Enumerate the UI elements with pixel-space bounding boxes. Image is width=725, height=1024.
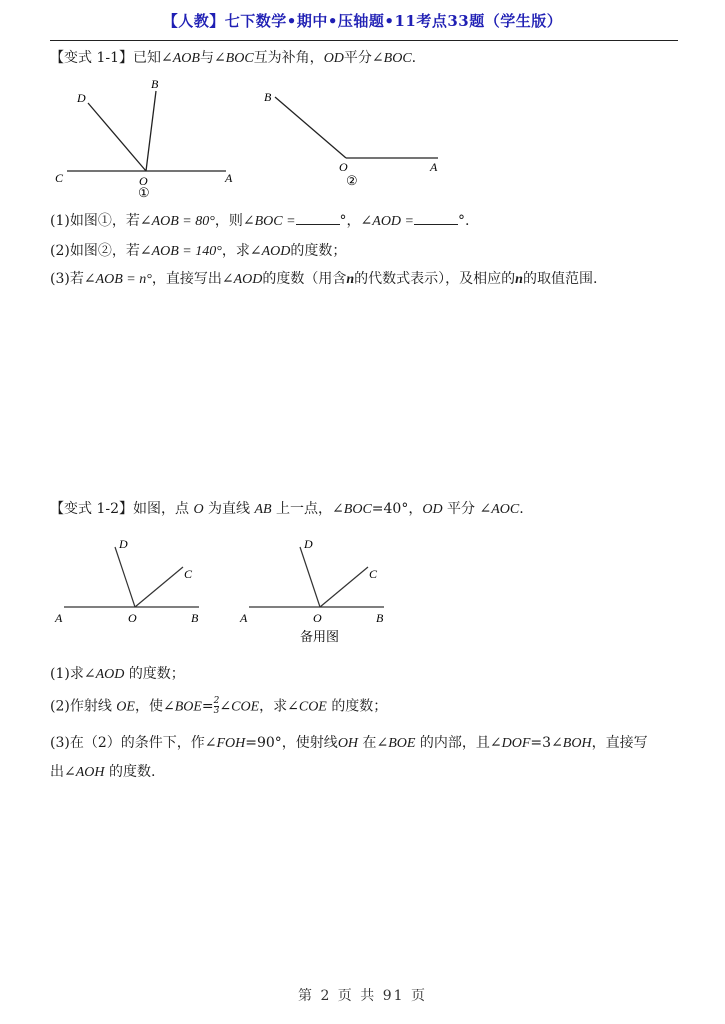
text: ，则 bbox=[215, 213, 243, 229]
text: °， bbox=[340, 213, 361, 229]
text: 与 bbox=[200, 50, 214, 66]
text: (3)在（2）的条件下，作 bbox=[50, 735, 205, 751]
label-B: B bbox=[376, 611, 384, 625]
math: ∠BOC bbox=[332, 502, 372, 517]
math: ∠AOB = 80° bbox=[140, 214, 215, 229]
math: ∠AOC bbox=[479, 502, 519, 517]
text: = bbox=[202, 699, 214, 715]
text: 为直线 bbox=[208, 501, 250, 517]
problem1-q2: (2)如图②，若∠AOB = 140°，求∠AOD的度数； bbox=[50, 242, 346, 261]
text: 平分 bbox=[344, 50, 372, 66]
label-A: A bbox=[54, 611, 63, 625]
math: OD bbox=[324, 51, 344, 66]
label-C: C bbox=[184, 567, 193, 581]
text: 出 bbox=[50, 764, 64, 780]
math: OD bbox=[422, 502, 442, 517]
figure-caption-2: ② bbox=[346, 173, 358, 188]
label-B: B bbox=[264, 90, 272, 104]
text: (3)若 bbox=[50, 271, 84, 287]
text: . bbox=[412, 50, 416, 66]
math: ∠BOE bbox=[163, 700, 202, 715]
label-A: A bbox=[429, 160, 438, 174]
math: ∠BOE bbox=[377, 736, 416, 751]
math: ∠AOD bbox=[250, 244, 291, 259]
math: OH bbox=[338, 736, 358, 751]
label-D: D bbox=[303, 537, 313, 551]
problem1-tag: 【变式 1-1】 bbox=[50, 50, 133, 66]
text: 的取值范围. bbox=[523, 271, 597, 287]
text: °. bbox=[458, 213, 469, 229]
text: ，直接写 bbox=[592, 735, 648, 751]
math: ∠BOC bbox=[214, 51, 254, 66]
problem2-q1: (1)求∠AOD 的度数； bbox=[50, 665, 185, 684]
text: =3 bbox=[530, 735, 551, 751]
math: n bbox=[346, 272, 354, 287]
math: ∠AOD = bbox=[361, 214, 414, 229]
text: 在 bbox=[363, 735, 377, 751]
math: n bbox=[515, 272, 523, 287]
text: =40°， bbox=[372, 501, 423, 517]
label-C: C bbox=[369, 567, 378, 581]
problem1-figure2: B O A ② bbox=[250, 80, 460, 190]
math: O bbox=[193, 502, 203, 517]
text: 的度数. bbox=[109, 764, 155, 780]
answer-blank-boc[interactable] bbox=[296, 212, 340, 225]
math: ∠AOH bbox=[64, 765, 105, 780]
math: ∠BOC bbox=[372, 51, 412, 66]
math: ∠FOH bbox=[205, 736, 246, 751]
label-O: O bbox=[128, 611, 137, 625]
problem2-q2: (2)作射线 OE，使∠BOE=23∠COE，求∠COE 的度数； bbox=[50, 697, 387, 717]
problem1-figure1: D B C O A ① bbox=[40, 72, 260, 202]
math: ∠BOC = bbox=[243, 214, 296, 229]
problem1-stem: 【变式 1-1】已知∠AOB与∠BOC互为补角，OD平分∠BOC. bbox=[50, 49, 416, 68]
text: 上一点， bbox=[276, 501, 332, 517]
text: =90°，使射线 bbox=[245, 735, 338, 751]
text: 互为补角， bbox=[254, 50, 324, 66]
label-C: C bbox=[55, 171, 64, 185]
text: 已知 bbox=[133, 50, 161, 66]
label-B: B bbox=[191, 611, 199, 625]
math: ∠AOB = 140° bbox=[140, 244, 222, 259]
math: ∠COE bbox=[219, 700, 259, 715]
text: 的度数； bbox=[331, 699, 387, 715]
math: OE bbox=[116, 700, 135, 715]
figure-caption-spare: 备用图 bbox=[300, 630, 339, 645]
text: 的内部，且 bbox=[420, 735, 490, 751]
page-number-footer: 第 2 页 共 91 页 bbox=[0, 985, 725, 1005]
problem2-figure2: D C A O B 备用图 bbox=[230, 530, 400, 650]
problem2-tag: 【变式 1-2】 bbox=[50, 501, 133, 517]
text: ，直接写出 bbox=[152, 271, 222, 287]
math: ∠AOD bbox=[222, 272, 263, 287]
label-B: B bbox=[151, 77, 159, 91]
text: 平分 bbox=[447, 501, 475, 517]
label-A: A bbox=[224, 171, 233, 185]
label-A: A bbox=[239, 611, 248, 625]
math: ∠BOH bbox=[551, 736, 592, 751]
text: . bbox=[519, 501, 523, 517]
text: (2)如图②，若 bbox=[50, 243, 140, 259]
math: ∠AOB bbox=[161, 51, 200, 66]
label-D: D bbox=[118, 537, 128, 551]
problem2-stem: 【变式 1-2】如图，点 O 为直线 AB 上一点，∠BOC=40°，OD 平分… bbox=[50, 500, 524, 519]
label-O: O bbox=[313, 611, 322, 625]
text: 的代数式表示），及相应的 bbox=[354, 271, 515, 287]
math: AB bbox=[254, 502, 271, 517]
header-divider bbox=[50, 40, 678, 41]
label-O: O bbox=[339, 160, 348, 174]
math: ∠COE bbox=[287, 700, 327, 715]
answer-blank-aod[interactable] bbox=[414, 212, 458, 225]
text: ，使 bbox=[135, 699, 163, 715]
text: (1)求 bbox=[50, 666, 84, 682]
text: ，求 bbox=[259, 699, 287, 715]
label-D: D bbox=[76, 91, 86, 105]
text: (2)作射线 bbox=[50, 699, 112, 715]
text: (1)如图①，若 bbox=[50, 213, 140, 229]
math: ∠DOF bbox=[490, 736, 531, 751]
page-header-title: 【人教】七下数学•期中•压轴题•11考点33题（学生版） bbox=[0, 10, 725, 31]
text: 的度数； bbox=[129, 666, 185, 682]
problem1-q3: (3)若∠AOB = n°，直接写出∠AOD的度数（用含n的代数式表示），及相应… bbox=[50, 270, 597, 289]
problem1-q1: (1)如图①，若∠AOB = 80°，则∠BOC =°，∠AOD =°. bbox=[50, 212, 469, 231]
problem2-q3-line1: (3)在（2）的条件下，作∠FOH=90°，使射线OH 在∠BOE 的内部，且∠… bbox=[50, 734, 648, 753]
figure-caption-1: ① bbox=[138, 185, 150, 200]
problem2-q3-line2: 出∠AOH 的度数. bbox=[50, 763, 155, 782]
text: 的度数； bbox=[290, 243, 346, 259]
math: ∠AOB = n° bbox=[84, 272, 152, 287]
problem2-figure1: D C A O B bbox=[45, 530, 225, 630]
text: 的度数（用含 bbox=[262, 271, 346, 287]
text: 如图，点 bbox=[133, 501, 189, 517]
text: ，求 bbox=[222, 243, 250, 259]
math: ∠AOD bbox=[84, 667, 125, 682]
